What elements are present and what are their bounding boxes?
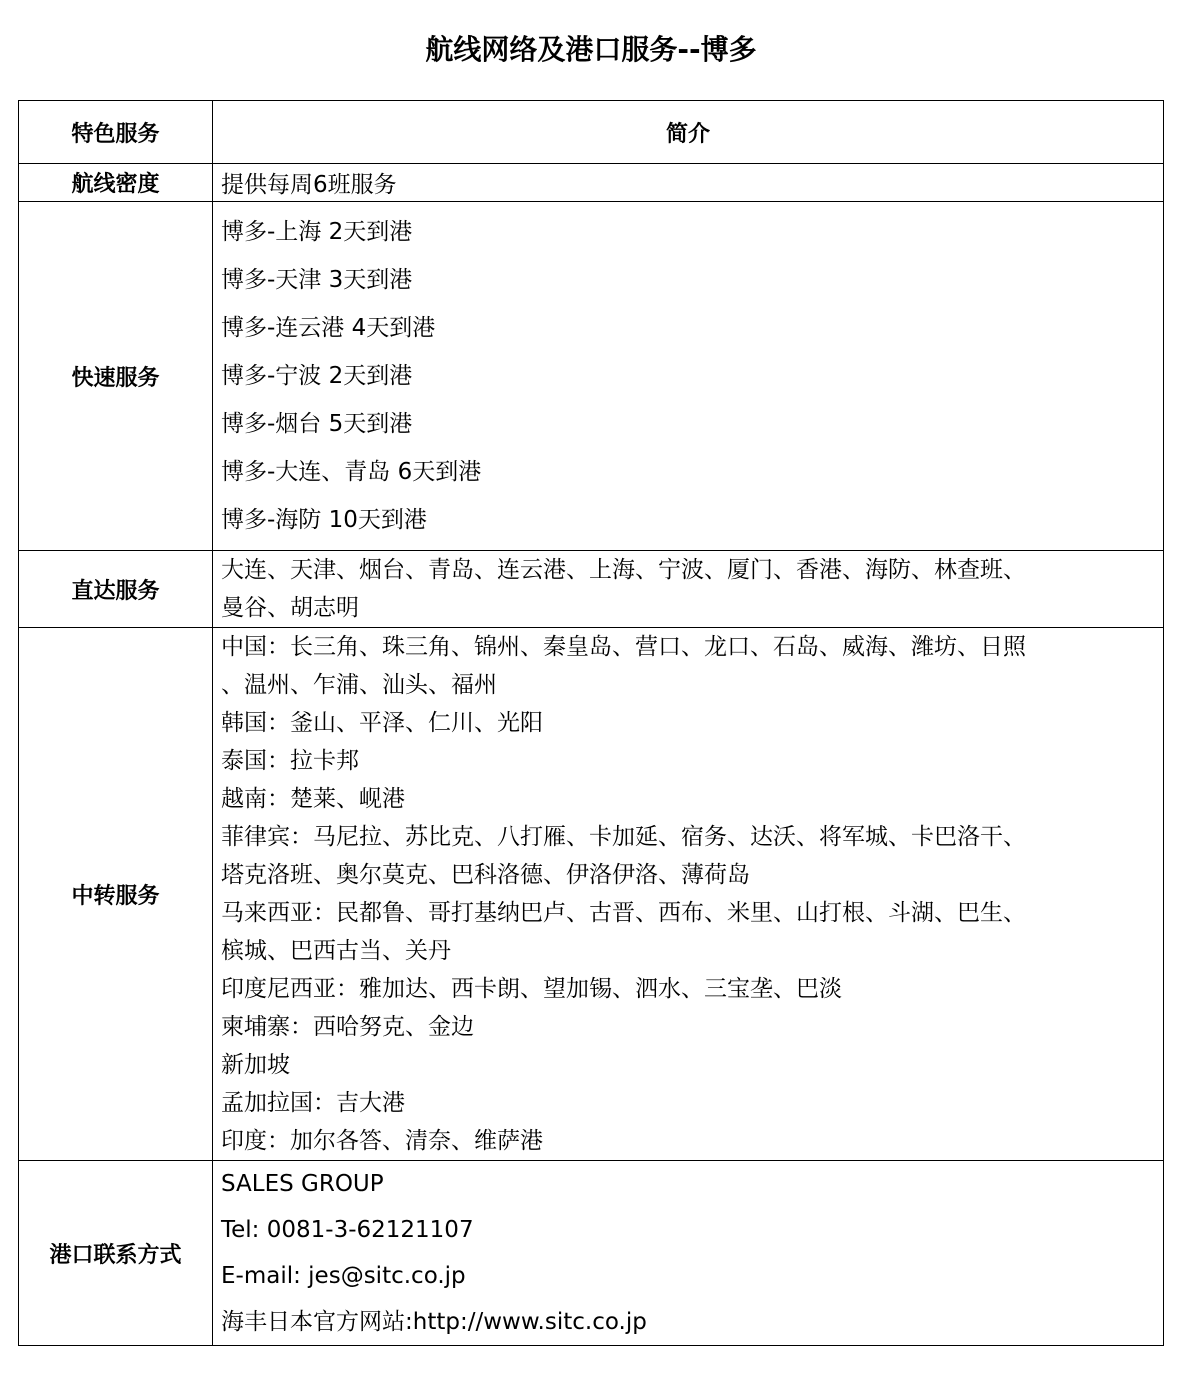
list-item: 印度：加尔各答、清奈、维萨港 <box>221 1122 1155 1160</box>
row-label: 航线密度 <box>19 164 213 202</box>
row-content: 大连、天津、烟台、青岛、连云港、上海、宁波、厦门、香港、海防、林查班、 曼谷、胡… <box>213 551 1164 628</box>
row-label: 直达服务 <box>19 551 213 628</box>
row-content: 中国：长三角、珠三角、锦州、秦皇岛、营口、龙口、石岛、威海、潍坊、日照 、温州、… <box>213 628 1164 1161</box>
row-content: 提供每周6班服务 <box>213 164 1164 202</box>
table-row-transfer: 中转服务 中国：长三角、珠三角、锦州、秦皇岛、营口、龙口、石岛、威海、潍坊、日照… <box>19 628 1164 1161</box>
table-row-direct: 直达服务 大连、天津、烟台、青岛、连云港、上海、宁波、厦门、香港、海防、林查班、… <box>19 551 1164 628</box>
list-item: 博多-海防 10天到港 <box>221 496 1155 544</box>
list-item: 印度尼西亚：雅加达、西卡朗、望加锡、泗水、三宝垄、巴淡 <box>221 970 1155 1008</box>
list-item: 曼谷、胡志明 <box>221 589 1155 627</box>
table-row-express: 快速服务 博多-上海 2天到港 博多-天津 3天到港 博多-连云港 4天到港 博… <box>19 202 1164 551</box>
row-label: 中转服务 <box>19 628 213 1161</box>
row-content: 博多-上海 2天到港 博多-天津 3天到港 博多-连云港 4天到港 博多-宁波 … <box>213 202 1164 551</box>
list-item: 韩国：釜山、平泽、仁川、光阳 <box>221 704 1155 742</box>
list-item: 孟加拉国：吉大港 <box>221 1084 1155 1122</box>
list-item: 博多-宁波 2天到港 <box>221 352 1155 400</box>
contact-group: SALES GROUP <box>221 1161 1155 1207</box>
list-item: 马来西亚：民都鲁、哥打基纳巴卢、古晋、西布、米里、山打根、斗湖、巴生、 <box>221 894 1155 932</box>
list-item: 博多-连云港 4天到港 <box>221 304 1155 352</box>
header-description: 简介 <box>213 101 1164 164</box>
list-item: 博多-大连、青岛 6天到港 <box>221 448 1155 496</box>
list-item: 菲律宾：马尼拉、苏比克、八打雁、卡加延、宿务、达沃、将军城、卡巴洛干、 <box>221 818 1155 856</box>
list-item: 博多-天津 3天到港 <box>221 256 1155 304</box>
list-item: 越南：楚莱、岘港 <box>221 780 1155 818</box>
row-content: SALES GROUP Tel: 0081-3-62121107 E-mail:… <box>213 1161 1164 1346</box>
list-item: 泰国：拉卡邦 <box>221 742 1155 780</box>
list-item: 塔克洛班、奥尔莫克、巴科洛德、伊洛伊洛、薄荷岛 <box>221 856 1155 894</box>
list-item: 大连、天津、烟台、青岛、连云港、上海、宁波、厦门、香港、海防、林查班、 <box>221 551 1155 589</box>
list-item: 槟城、巴西古当、关丹 <box>221 932 1155 970</box>
contact-phone: Tel: 0081-3-62121107 <box>221 1207 1155 1253</box>
contact-website[interactable]: 海丰日本官方网站:http://www.sitc.co.jp <box>221 1299 1155 1345</box>
page-title: 航线网络及港口服务--博多 <box>0 28 1182 68</box>
services-table: 特色服务 简介 航线密度 提供每周6班服务 快速服务 博多-上海 2天到港 博多… <box>18 100 1164 1346</box>
table-header-row: 特色服务 简介 <box>19 101 1164 164</box>
list-item: 柬埔寨：西哈努克、金边 <box>221 1008 1155 1046</box>
row-label: 港口联系方式 <box>19 1161 213 1346</box>
list-item: 博多-上海 2天到港 <box>221 208 1155 256</box>
table-row-contact: 港口联系方式 SALES GROUP Tel: 0081-3-62121107 … <box>19 1161 1164 1346</box>
list-item: 新加坡 <box>221 1046 1155 1084</box>
row-label: 快速服务 <box>19 202 213 551</box>
contact-email[interactable]: E-mail: jes@sitc.co.jp <box>221 1253 1155 1299</box>
list-item: 博多-烟台 5天到港 <box>221 400 1155 448</box>
header-feature-service: 特色服务 <box>19 101 213 164</box>
list-item: 中国：长三角、珠三角、锦州、秦皇岛、营口、龙口、石岛、威海、潍坊、日照 <box>221 628 1155 666</box>
table-row-route-density: 航线密度 提供每周6班服务 <box>19 164 1164 202</box>
list-item: 、温州、乍浦、汕头、福州 <box>221 666 1155 704</box>
